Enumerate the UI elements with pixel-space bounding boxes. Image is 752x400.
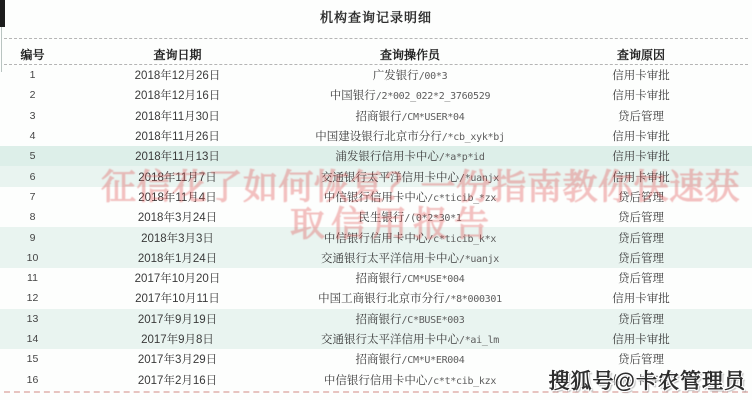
- query-date-cell: 2018年12月26日: [65, 67, 290, 83]
- query-reason-cell: 贷后管理: [530, 108, 752, 124]
- table-row: 1 2018年12月26日 广发银行/00*3 信用卡审批: [0, 65, 752, 85]
- query-date-cell: 2017年10月20日: [65, 270, 290, 286]
- operator-cell: 民生银行/(0*2*30*1: [290, 209, 530, 225]
- operator-bank-name: 交通银行太平洋信用卡中心: [321, 172, 459, 184]
- table-row: 13 2017年9月19日 招商银行/C*BUSE*003 贷后管理: [0, 309, 752, 329]
- operator-bank-name: 招商银行: [356, 354, 402, 366]
- page-title: 机构查询记录明细: [0, 7, 752, 26]
- query-date-cell: 2017年9月19日: [65, 311, 290, 327]
- operator-bank-name: 中信银行信用卡中心: [324, 233, 428, 245]
- operator-bank-name: 中信银行信用卡中心: [324, 375, 428, 387]
- row-number-cell: 11: [0, 272, 65, 284]
- row-number-cell: 7: [0, 191, 65, 203]
- operator-cell: 招商银行/C*BUSE*003: [290, 311, 530, 327]
- operator-cell: 中信银行信用卡中心/c*ticib_k*x: [290, 230, 530, 246]
- row-number-cell: 10: [0, 252, 65, 264]
- table-row: 4 2018年11月26日 中国建设银行北京市分行/*cb_xyk*bj 信用卡…: [0, 126, 752, 146]
- operator-cell: 交通银行太平洋信用卡中心/*uanjx: [290, 169, 530, 185]
- row-number-cell: 15: [0, 353, 65, 365]
- operator-cell: 招商银行/CM*USE*004: [290, 270, 530, 286]
- query-reason-cell: 信用卡审批: [530, 148, 752, 164]
- query-reason-cell: 贷后管理: [530, 250, 752, 266]
- header-operator: 查询操作员: [290, 46, 530, 63]
- table-row: 14 2017年9月8日 交通银行太平洋信用卡中心/*ai_lm 信用卡审批: [0, 329, 752, 349]
- query-date-cell: 2017年3月29日: [65, 351, 290, 367]
- query-reason-cell: 信用卡审批: [530, 169, 752, 185]
- row-number-cell: 6: [0, 171, 65, 183]
- operator-bank-name: 民生银行: [358, 212, 404, 224]
- operator-code: /2*002_022*2_3760529: [376, 91, 490, 102]
- query-reason-cell: 贷后管理: [530, 311, 752, 327]
- row-number-cell: 1: [0, 69, 65, 81]
- row-number-cell: 2: [0, 89, 65, 101]
- table-row: 6 2018年11月7日 交通银行太平洋信用卡中心/*uanjx 信用卡审批: [0, 166, 752, 186]
- operator-bank-name: 浦发银行信用卡中心: [335, 151, 439, 163]
- credit-report-query-records-page: 机构查询记录明细 编号 查询日期 查询操作员 查询原因 1 2018年12月26…: [0, 0, 752, 400]
- table-row: 3 2018年11月30日 招商银行/CM*USER*04 贷后管理: [0, 106, 752, 126]
- table-row: 11 2017年10月20日 招商银行/CM*USE*004 贷后管理: [0, 268, 752, 288]
- row-number-cell: 8: [0, 211, 65, 223]
- query-date-cell: 2018年11月13日: [65, 148, 290, 164]
- row-number-cell: 12: [0, 292, 65, 304]
- operator-code: /*uanjx: [459, 173, 499, 184]
- table-row: 9 2018年3月3日 中信银行信用卡中心/c*ticib_k*x 贷后管理: [0, 227, 752, 247]
- table-row: 2 2018年12月16日 中国银行/2*002_022*2_3760529 信…: [0, 85, 752, 105]
- table-row: 5 2018年11月13日 浦发银行信用卡中心/*a*p*id 信用卡审批: [0, 146, 752, 166]
- query-date-cell: 2018年12月16日: [65, 87, 290, 103]
- row-number-cell: 16: [0, 374, 65, 386]
- query-reason-cell: 信用卡审批: [530, 128, 752, 144]
- operator-cell: 交通银行太平洋信用卡中心/*ai_lm: [290, 331, 530, 347]
- divider-top: [4, 38, 748, 39]
- operator-code: /(0*2*30*1: [404, 213, 461, 224]
- operator-code: /*8*000301: [445, 294, 502, 305]
- operator-code: /c*ticib_k*x: [427, 234, 496, 245]
- operator-code: /C*BUSE*003: [402, 315, 465, 326]
- operator-bank-name: 广发银行: [373, 70, 419, 82]
- operator-bank-name: 中国工商银行北京市分行: [318, 293, 445, 305]
- operator-bank-name: 中国建设银行北京市分行: [315, 131, 442, 143]
- operator-cell: 中国建设银行北京市分行/*cb_xyk*bj: [290, 128, 530, 144]
- header-reason: 查询原因: [530, 46, 752, 63]
- query-date-cell: 2018年11月7日: [65, 169, 290, 185]
- query-reason-cell: 信用卡审批: [530, 87, 752, 103]
- operator-cell: 广发银行/00*3: [290, 67, 530, 83]
- operator-bank-name: 中国银行: [330, 90, 376, 102]
- query-date-cell: 2018年3月24日: [65, 209, 290, 225]
- row-number-cell: 4: [0, 130, 65, 142]
- query-reason-cell: 贷后管理: [530, 209, 752, 225]
- operator-bank-name: 招商银行: [356, 111, 402, 123]
- operator-bank-name: 招商银行: [356, 314, 402, 326]
- operator-code: /CM*USER*04: [402, 112, 465, 123]
- operator-code: /CM*USE*004: [402, 274, 465, 285]
- query-date-cell: 2018年11月26日: [65, 128, 290, 144]
- row-number-cell: 14: [0, 333, 65, 345]
- operator-bank-name: 中信银行信用卡中心: [324, 192, 428, 204]
- query-date-cell: 2017年2月16日: [65, 372, 290, 388]
- operator-code: /00*3: [419, 71, 448, 82]
- operator-cell: 中国工商银行北京市分行/*8*000301: [290, 290, 530, 306]
- query-reason-cell: 信用卡审批: [530, 331, 752, 347]
- header-number: 编号: [0, 46, 65, 63]
- row-number-cell: 5: [0, 150, 65, 162]
- row-number-cell: 13: [0, 313, 65, 325]
- query-reason-cell: 贷后管理: [530, 270, 752, 286]
- header-date: 查询日期: [65, 46, 290, 63]
- operator-bank-name: 交通银行太平洋信用卡中心: [321, 253, 459, 265]
- row-number-cell: 3: [0, 110, 65, 122]
- operator-cell: 中国银行/2*002_022*2_3760529: [290, 87, 530, 103]
- table-row: 7 2018年11月4日 中信银行信用卡中心/c*ticib_*zx 贷后管理: [0, 187, 752, 207]
- operator-code: /*uanjx: [459, 254, 499, 265]
- query-reason-cell: 贷后管理: [530, 189, 752, 205]
- operator-code: /CM*U*ER004: [402, 355, 465, 366]
- query-date-cell: 2017年9月8日: [65, 331, 290, 347]
- query-date-cell: 2018年11月4日: [65, 189, 290, 205]
- query-reason-cell: 信用卡审批: [530, 290, 752, 306]
- table-body: 1 2018年12月26日 广发银行/00*3 信用卡审批 2 2018年12月…: [0, 65, 752, 390]
- operator-code: /*ai_lm: [459, 335, 499, 346]
- table-row: 12 2017年10月11日 中国工商银行北京市分行/*8*000301 信用卡…: [0, 288, 752, 308]
- table-row: 10 2018年1月24日 交通银行太平洋信用卡中心/*uanjx 贷后管理: [0, 248, 752, 268]
- query-date-cell: 2017年10月11日: [65, 290, 290, 306]
- operator-cell: 浦发银行信用卡中心/*a*p*id: [290, 148, 530, 164]
- operator-bank-name: 交通银行太平洋信用卡中心: [321, 334, 459, 346]
- query-date-cell: 2018年1月24日: [65, 250, 290, 266]
- operator-cell: 交通银行太平洋信用卡中心/*uanjx: [290, 250, 530, 266]
- query-date-cell: 2018年11月30日: [65, 108, 290, 124]
- operator-code: /*a*p*id: [439, 152, 485, 163]
- query-date-cell: 2018年3月3日: [65, 230, 290, 246]
- query-reason-cell: 信用卡审批: [530, 67, 752, 83]
- operator-bank-name: 招商银行: [356, 273, 402, 285]
- query-reason-cell: 贷后管理: [530, 230, 752, 246]
- operator-cell: 中信银行信用卡中心/c*t*cib_kzx: [290, 372, 530, 388]
- operator-code: /*cb_xyk*bj: [442, 132, 505, 143]
- operator-code: /c*t*cib_kzx: [427, 376, 496, 387]
- operator-cell: 招商银行/CM*U*ER004: [290, 351, 530, 367]
- operator-cell: 招商银行/CM*USER*04: [290, 108, 530, 124]
- operator-cell: 中信银行信用卡中心/c*ticib_*zx: [290, 189, 530, 205]
- sohu-account-watermark: 搜狐号@卡农管理员: [549, 365, 746, 395]
- table-row: 8 2018年3月24日 民生银行/(0*2*30*1 贷后管理: [0, 207, 752, 227]
- operator-code: /c*ticib_*zx: [427, 193, 496, 204]
- table-header: 编号 查询日期 查询操作员 查询原因: [0, 44, 752, 64]
- row-number-cell: 9: [0, 232, 65, 244]
